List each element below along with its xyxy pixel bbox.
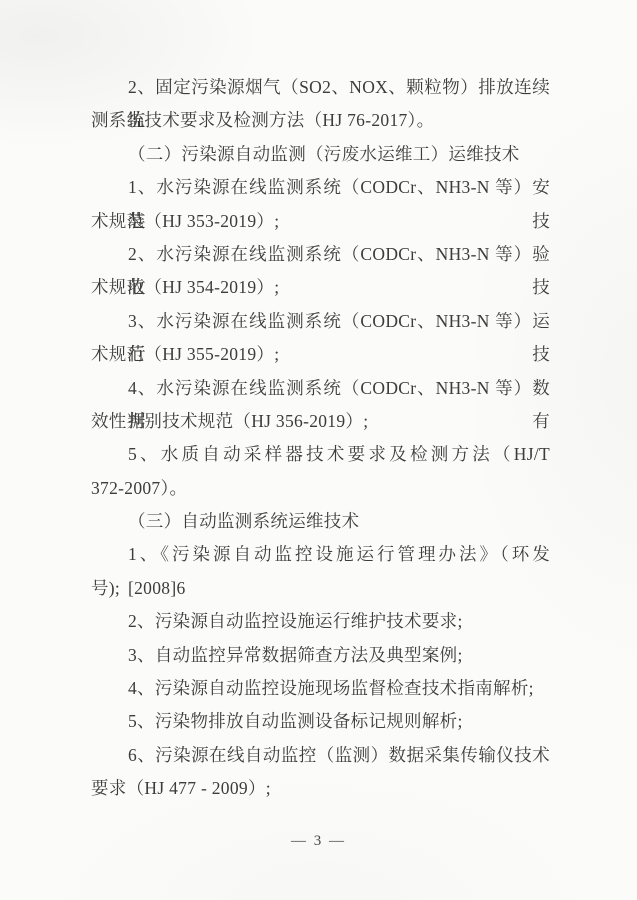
document-line: 要求（HJ 477 - 2009）; — [91, 772, 550, 805]
document-line: 2、水污染源在线监测系统（CODCr、NH3-N 等）验收技 — [91, 238, 550, 271]
document-line: 4、污染源自动监控设施现场监督检查技术指南解析; — [91, 672, 550, 705]
document-line: 6、污染源在线自动监控（监测）数据采集传输仪技术 — [91, 739, 550, 772]
document-line: 5、水质自动采样器技术要求及检测方法（HJ/T — [91, 438, 550, 471]
document-line: 1、《污染源自动监控设施运行管理办法》（环发[2008]6 — [91, 538, 550, 571]
document-line: 3、水污染源在线监测系统（CODCr、NH3-N 等）运行技 — [91, 305, 550, 338]
document-line: 3、自动监控异常数据筛查方法及典型案例; — [91, 639, 550, 672]
document-line: 4、水污染源在线监测系统（CODCr、NH3-N 等）数据有 — [91, 372, 550, 405]
document-line: 2、污染源自动监控设施运行维护技术要求; — [91, 605, 550, 638]
document-page: 2、固定污染源烟气（SO2、NOX、颗粒物）排放连续监测系统技术要求及检测方法（… — [0, 0, 637, 900]
document-line: 测系统技术要求及检测方法（HJ 76-2017）。 — [91, 104, 550, 137]
document-line: 2、固定污染源烟气（SO2、NOX、颗粒物）排放连续监 — [91, 71, 550, 104]
document-line: 372-2007）。 — [91, 472, 550, 505]
page-number: — 3 — — [0, 833, 637, 850]
document-lines: 2、固定污染源烟气（SO2、NOX、颗粒物）排放连续监测系统技术要求及检测方法（… — [91, 71, 550, 806]
document-line: 1、水污染源在线监测系统（CODCr、NH3-N 等）安装技 — [91, 171, 550, 204]
document-line: 5、污染物排放自动监测设备标记规则解析; — [91, 705, 550, 738]
document-line: （二）污染源自动监测（污废水运维工）运维技术 — [91, 138, 550, 171]
document-line: （三）自动监测系统运维技术 — [91, 505, 550, 538]
